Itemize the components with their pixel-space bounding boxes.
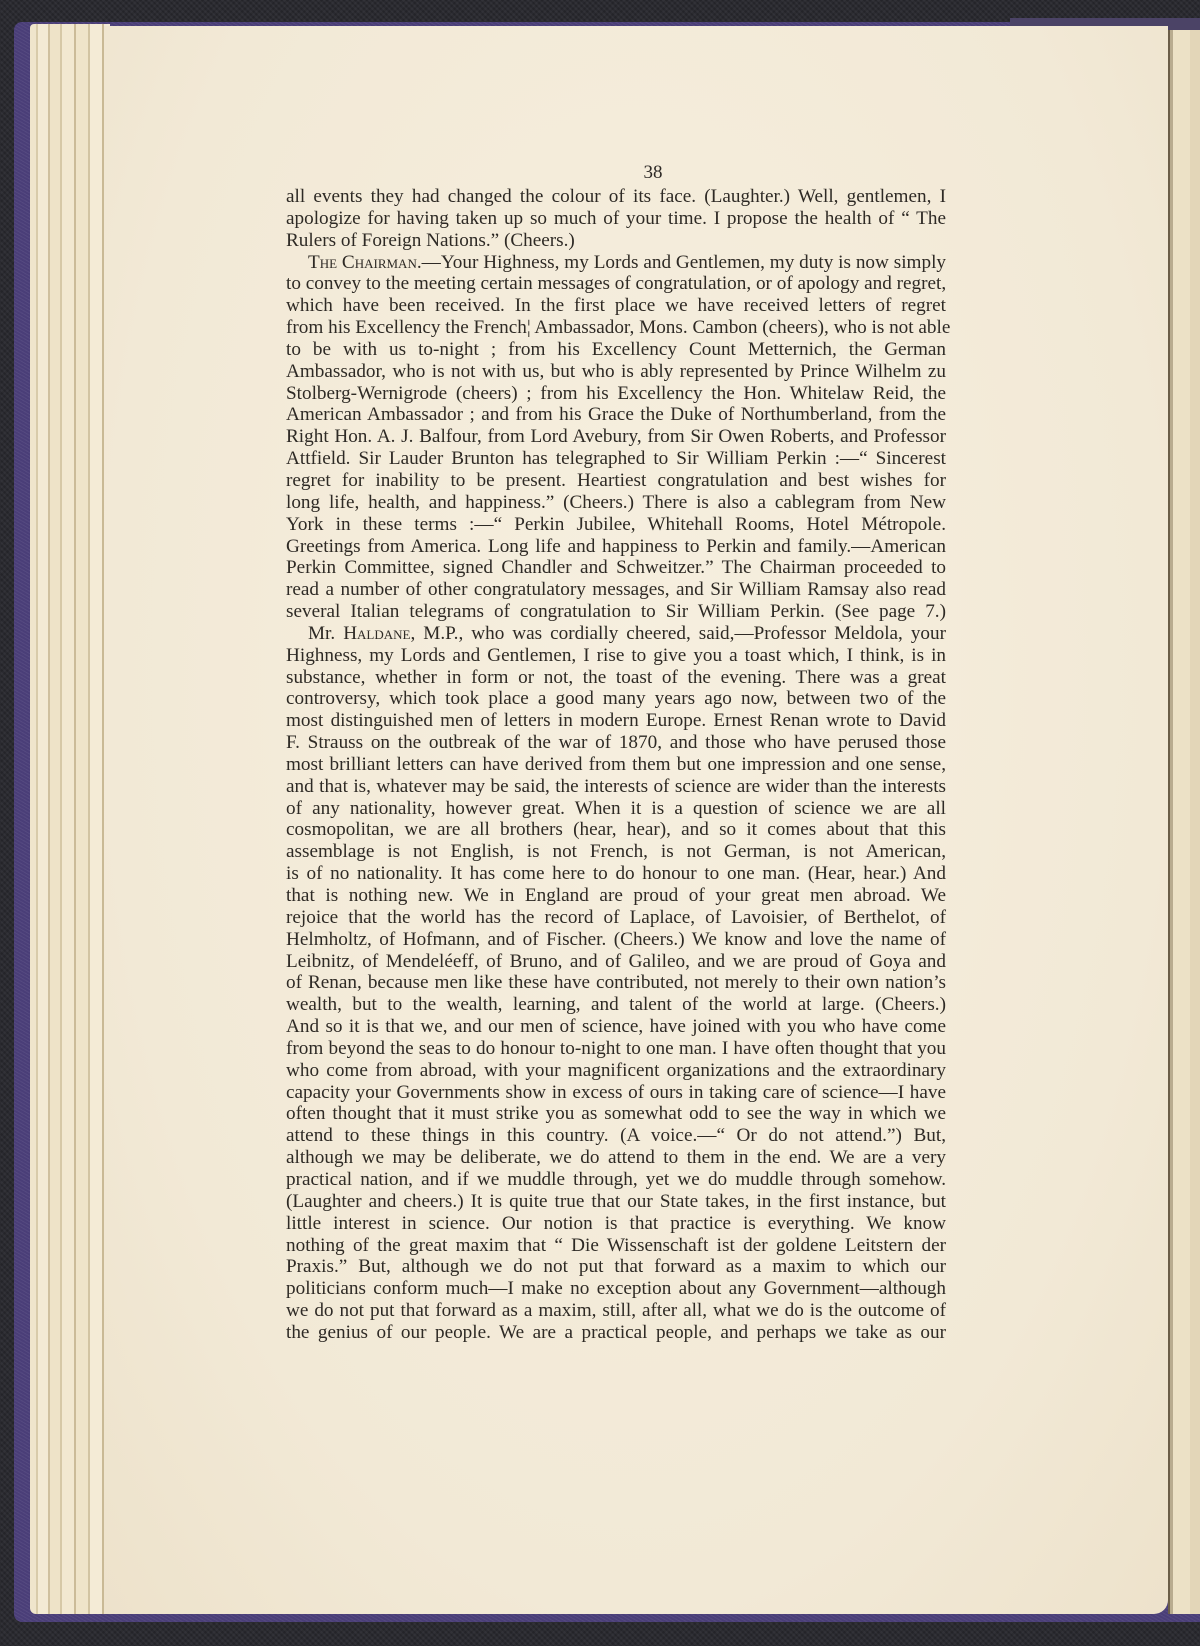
text-line: rejoice that the world has the record of…	[286, 907, 946, 929]
text-line: The Chairman.—Your Highness, my Lords an…	[286, 252, 946, 274]
text-line: substance, whether in form or not, the t…	[286, 667, 946, 689]
text-line: American Ambassador ; and from his Grace…	[286, 404, 946, 426]
text-line: capacity your Governments show in excess…	[286, 1082, 946, 1104]
text-line: nothing of the great maxim that “ Die Wi…	[286, 1235, 946, 1257]
facing-page-edge	[1168, 30, 1200, 1614]
text-line: often thought that it must strike you as…	[286, 1103, 946, 1125]
text-line: Perkin Committee, signed Chandler and Sc…	[286, 557, 946, 579]
text-line: is of no nationality. It has come here t…	[286, 863, 946, 885]
text-line: to convey to the meeting certain message…	[286, 273, 946, 295]
text-line: several Italian telegrams of congratulat…	[286, 601, 946, 623]
speaker-name: The Chairman	[308, 252, 417, 273]
text-line: attend to these things in this country. …	[286, 1125, 946, 1147]
text-line: from beyond the seas to do honour to-nig…	[286, 1038, 946, 1060]
text-line: the genius of our people. We are a pract…	[286, 1322, 946, 1344]
text-line: (Laughter and cheers.) It is quite true …	[286, 1191, 946, 1213]
text-line: practical nation, and if we muddle throu…	[286, 1169, 946, 1191]
text-line: we do not put that forward as a maxim, s…	[286, 1300, 946, 1322]
text-line: most brilliant letters can have derived …	[286, 754, 946, 776]
text-line: York in these terms :—“ Perkin Jubilee, …	[286, 514, 946, 536]
text-line: Mr. Haldane, M.P., who was cordially che…	[286, 623, 946, 645]
text-line: controversy, which took place a good man…	[286, 688, 946, 710]
text-line: of any nationality, however great. When …	[286, 798, 946, 820]
text-line: Leibnitz, of Mendeléeff, of Bruno, and o…	[286, 951, 946, 973]
text-line: regret for inability to be present. Hear…	[286, 470, 946, 492]
text-line: politicians conform much—I make no excep…	[286, 1278, 946, 1300]
text-line: Stolberg-Wernigrode (cheers) ; from his …	[286, 383, 946, 405]
text-line: Ambassador, who is not with us, but who …	[286, 361, 946, 383]
text-line: Praxis.” But, although we do not put tha…	[286, 1256, 946, 1278]
text-line: F. Strauss on the outbreak of the war of…	[286, 732, 946, 754]
text-line: apologize for having taken up so much of…	[286, 208, 946, 230]
text-line: wealth, but to the wealth, learning, and…	[286, 994, 946, 1016]
text-line: assemblage is not English, is not French…	[286, 841, 946, 863]
text-line: Greetings from America. Long life and ha…	[286, 536, 946, 558]
text-line: and that is, whatever may be said, the i…	[286, 776, 946, 798]
speaker-name: Haldane	[343, 623, 410, 644]
text-line: of Renan, because men like these have co…	[286, 972, 946, 994]
text-line: from his Excellency the French¦ Ambassad…	[286, 317, 946, 339]
text-line: which have been received. In the first p…	[286, 295, 946, 317]
text-line: that is nothing new. We in England are p…	[286, 885, 946, 907]
text-line: Highness, my Lords and Gentlemen, I rise…	[286, 645, 946, 667]
text-line: although we may be deliberate, we do att…	[286, 1147, 946, 1169]
text-line: who come from abroad, with your magnific…	[286, 1060, 946, 1082]
text-line: little interest in science. Our notion i…	[286, 1213, 946, 1235]
text-line: read a number of other congratulatory me…	[286, 579, 946, 601]
page-stack-edges	[30, 24, 110, 1614]
text-line: Helmholtz, of Hofmann, and of Fischer. (…	[286, 929, 946, 951]
page-body-text: all events they had changed the colour o…	[286, 186, 946, 1344]
text-line: most distinguished men of letters in mod…	[286, 710, 946, 732]
page-number-text: 38	[644, 162, 663, 184]
text-line: all events they had changed the colour o…	[286, 186, 946, 208]
text-line: Right Hon. A. J. Balfour, from Lord Aveb…	[286, 426, 946, 448]
page-number: 38	[0, 162, 1200, 184]
text-line: Attfield. Sir Lauder Brunton has telegra…	[286, 448, 946, 470]
text-line: Rulers of Foreign Nations.” (Cheers.)	[286, 230, 946, 252]
text-line: cosmopolitan, we are all brothers (hear,…	[286, 819, 946, 841]
text-line: long life, health, and happiness.” (Chee…	[286, 492, 946, 514]
text-line: to be with us to-night ; from his Excell…	[286, 339, 946, 361]
text-line: And so it is that we, and our men of sci…	[286, 1016, 946, 1038]
